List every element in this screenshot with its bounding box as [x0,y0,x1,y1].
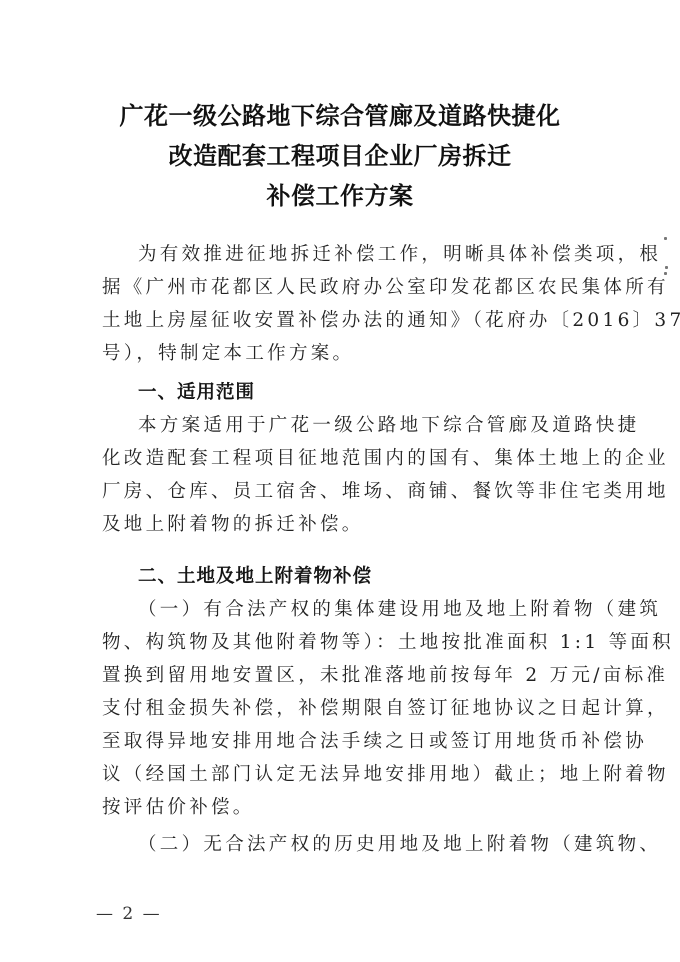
section-1-line-3: 厂房、仓库、员工宿舍、堆场、商铺、餐饮等非住宅类用地 [102,477,578,503]
section-2-item-1-line-1: （一）有合法产权的集体建设用地及地上附着物（建筑 [138,595,578,621]
scan-mark [665,266,668,269]
section-2-item-1-line-2: 物、构筑物及其他附着物等）：土地按批准面积 1:1 等面积 [102,628,578,654]
section-1-line-1: 本方案适用于广花一级公路地下综合管廊及道路快捷 [138,411,578,437]
title-line-3: 补偿工作方案 [0,176,680,211]
intro-line-3: 土地上房屋征收安置补偿办法的通知》（花府办〔2016〕37 [102,306,578,332]
section-1-heading: 一、适用范围 [138,378,255,404]
section-1-line-2: 化改造配套工程项目征地范围内的国有、集体土地上的企业 [102,444,578,470]
section-1-line-4: 及地上附着物的拆迁补偿。 [102,510,578,536]
section-2-item-1-line-7: 按评估价补偿。 [102,793,578,819]
scan-mark [664,272,667,275]
title-line-1: 广花一级公路地下综合管廊及道路快捷化 [0,96,680,131]
title-line-2: 改造配套工程项目企业厂房拆迁 [0,136,680,171]
page-number: — 2 — [96,904,162,924]
document-page: 广花一级公路地下综合管廊及道路快捷化 改造配套工程项目企业厂房拆迁 补偿工作方案… [0,0,680,962]
section-2-item-1-line-4: 支付租金损失补偿，补偿期限自签订征地协议之日起计算， [102,694,578,720]
intro-line-1: 为有效推进征地拆迁补偿工作，明晰具体补偿类项，根 [138,240,578,266]
section-2-item-1-line-6: 议（经国土部门认定无法异地安排用地）截止；地上附着物 [102,760,578,786]
section-2-heading: 二、土地及地上附着物补偿 [138,562,372,588]
intro-line-2: 据《广州市花都区人民政府办公室印发花都区农民集体所有 [102,273,578,299]
section-2-item-1-line-5: 至取得异地安排用地合法手续之日或签订用地货币补偿协 [102,727,578,753]
intro-line-4: 号），特制定本工作方案。 [102,339,578,365]
section-2-item-1-line-3: 置换到留用地安置区，未批准落地前按每年 2 万元/亩标准 [102,661,578,687]
scan-mark [664,237,667,240]
section-2-item-2-line-1: （二）无合法产权的历史用地及地上附着物（建筑物、 [138,830,578,856]
